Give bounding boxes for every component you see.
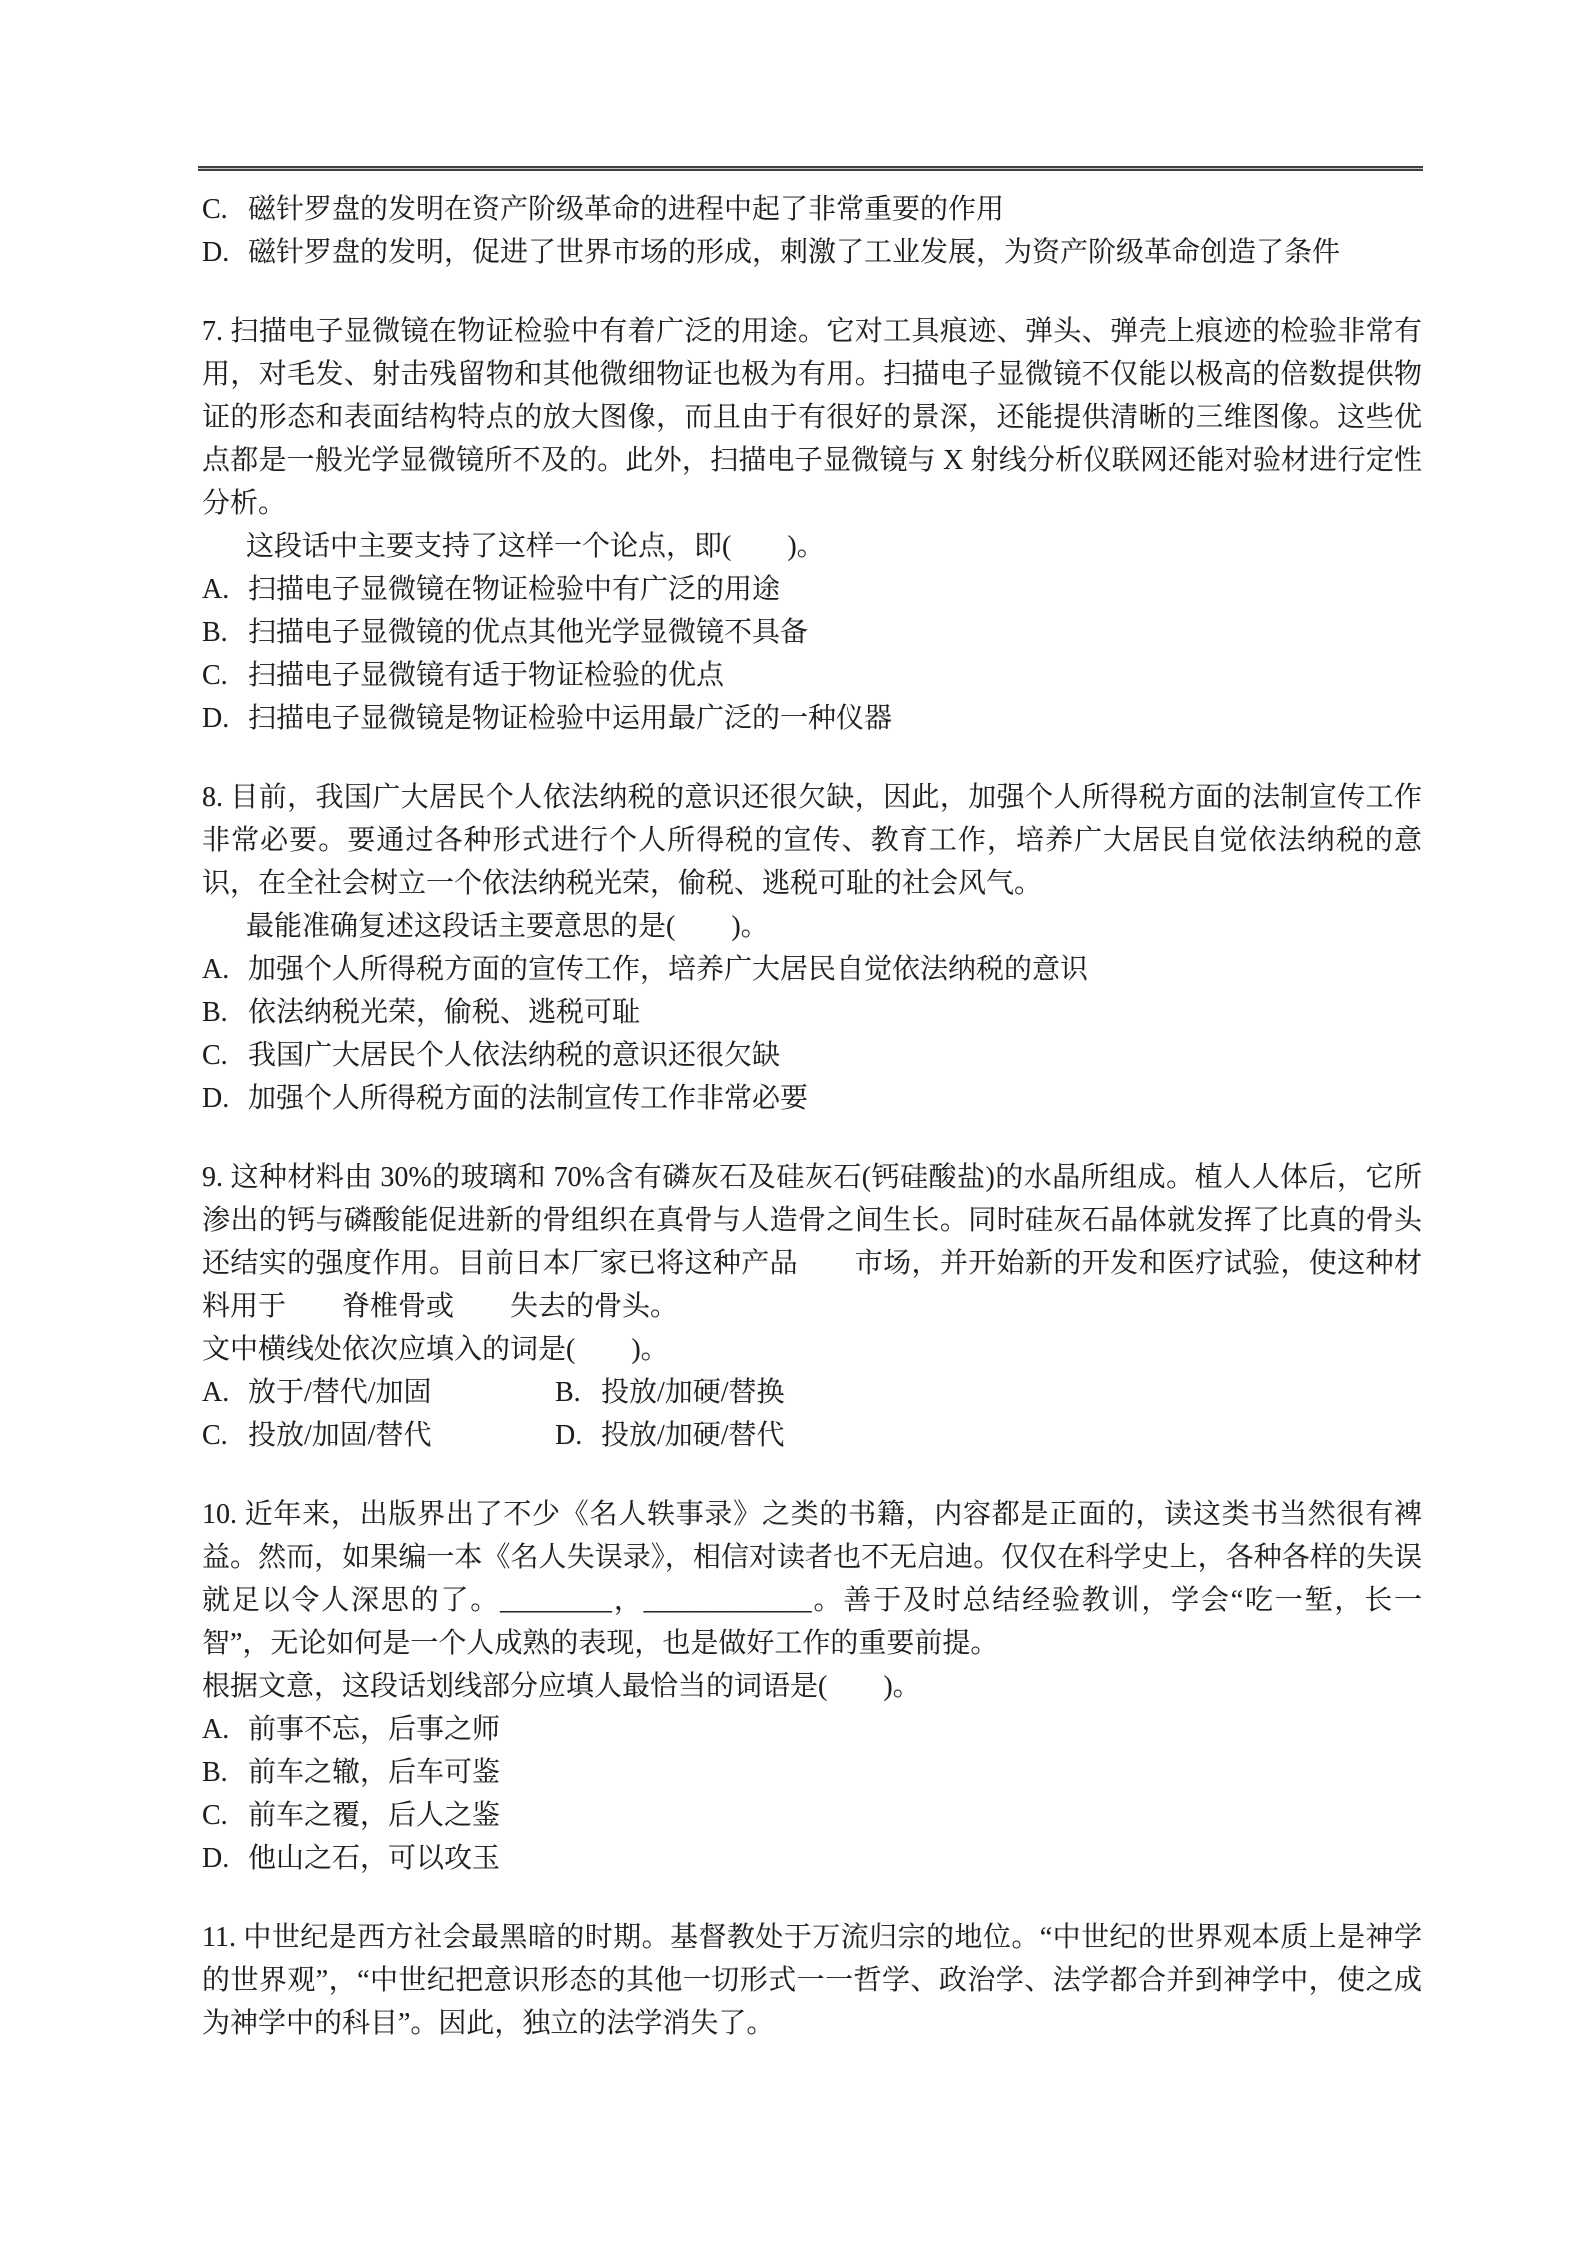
- question-7-option-c: C. 扫描电子显微镜有适于物证检验的优点: [202, 654, 1422, 697]
- option-label: C.: [202, 654, 248, 697]
- option-text: 扫描电子显微镜在物证检验中有广泛的用途: [248, 568, 780, 611]
- option-label: A.: [202, 568, 248, 611]
- question-9-prompt: 文中横线处依次应填入的词是( )。: [202, 1328, 1422, 1371]
- option-label: B.: [202, 991, 248, 1034]
- option-label: A.: [202, 1708, 248, 1751]
- question-8-body: 8. 目前，我国广大居民个人依法纳税的意识还很欠缺，因此，加强个人所得税方面的法…: [202, 776, 1422, 905]
- question-8-prompt: 最能准确复述这段话主要意思的是( )。: [202, 905, 1422, 948]
- option-label: C.: [202, 1414, 248, 1457]
- option-text: 投放/加硬/替代: [601, 1414, 785, 1457]
- question-8-option-a: A. 加强个人所得税方面的宣传工作，培养广大居民自觉依法纳税的意识: [202, 948, 1422, 991]
- option-label: C.: [202, 1794, 248, 1837]
- question-9-option-c: C. 投放/加固/替代: [202, 1414, 555, 1457]
- option-text: 磁针罗盘的发明，促进了世界市场的形成，刺激了工业发展，为资产阶级革命创造了条件: [248, 231, 1340, 274]
- option-label: C.: [202, 188, 248, 231]
- question-8-option-d: D. 加强个人所得税方面的法制宣传工作非常必要: [202, 1077, 1422, 1120]
- question-10-option-d: D. 他山之石，可以攻玉: [202, 1837, 1422, 1880]
- option-label: D.: [202, 231, 248, 274]
- question-8: 8. 目前，我国广大居民个人依法纳税的意识还很欠缺，因此，加强个人所得税方面的法…: [202, 776, 1422, 1120]
- question-10-body: 10. 近年来，出版界出了不少《名人轶事录》之类的书籍，内容都是正面的，读这类书…: [202, 1493, 1422, 1665]
- prev-question-option-c: C. 磁针罗盘的发明在资产阶级革命的进程中起了非常重要的作用: [202, 188, 1422, 231]
- option-text: 前事不忘，后事之师: [248, 1708, 500, 1751]
- question-9: 9. 这种材料由 30%的玻璃和 70%含有磷灰石及硅灰石(钙硅酸盐)的水晶所组…: [202, 1156, 1422, 1457]
- question-9-body: 9. 这种材料由 30%的玻璃和 70%含有磷灰石及硅灰石(钙硅酸盐)的水晶所组…: [202, 1156, 1422, 1328]
- question-11-body: 11. 中世纪是西方社会最黑暗的时期。基督教处于万流归宗的地位。“中世纪的世界观…: [202, 1916, 1422, 2045]
- option-text: 投放/加固/替代: [248, 1414, 432, 1457]
- question-9-option-a: A. 放于/替代/加固: [202, 1371, 555, 1414]
- option-text: 我国广大居民个人依法纳税的意识还很欠缺: [248, 1034, 780, 1077]
- option-text: 加强个人所得税方面的宣传工作，培养广大居民自觉依法纳税的意识: [248, 948, 1088, 991]
- question-10-prompt: 根据文意，这段话划线部分应填人最恰当的词语是( )。: [202, 1665, 1422, 1708]
- option-text: 依法纳税光荣，偷税、逃税可耻: [248, 991, 640, 1034]
- question-11: 11. 中世纪是西方社会最黑暗的时期。基督教处于万流归宗的地位。“中世纪的世界观…: [202, 1916, 1422, 2045]
- question-10-option-c: C. 前车之覆，后人之鉴: [202, 1794, 1422, 1837]
- option-label: A.: [202, 948, 248, 991]
- question-10: 10. 近年来，出版界出了不少《名人轶事录》之类的书籍，内容都是正面的，读这类书…: [202, 1493, 1422, 1880]
- question-7-option-d: D. 扫描电子显微镜是物证检验中运用最广泛的一种仪器: [202, 697, 1422, 740]
- prev-question-option-d: D. 磁针罗盘的发明，促进了世界市场的形成，刺激了工业发展，为资产阶级革命创造了…: [202, 231, 1422, 274]
- question-7: 7. 扫描电子显微镜在物证检验中有着广泛的用途。它对工具痕迹、弹头、弹壳上痕迹的…: [202, 310, 1422, 740]
- option-label: B.: [202, 1751, 248, 1794]
- option-label: D.: [202, 697, 248, 740]
- option-text: 扫描电子显微镜是物证检验中运用最广泛的一种仪器: [248, 697, 892, 740]
- option-text: 前车之辙，后车可鉴: [248, 1751, 500, 1794]
- question-8-option-b: B. 依法纳税光荣，偷税、逃税可耻: [202, 991, 1422, 1034]
- option-text: 放于/替代/加固: [248, 1371, 432, 1414]
- question-9-option-b: B. 投放/加硬/替换: [555, 1371, 785, 1414]
- option-text: 投放/加硬/替换: [601, 1371, 785, 1414]
- question-10-option-b: B. 前车之辙，后车可鉴: [202, 1751, 1422, 1794]
- prev-question-options: C. 磁针罗盘的发明在资产阶级革命的进程中起了非常重要的作用 D. 磁针罗盘的发…: [202, 188, 1422, 274]
- option-label: A.: [202, 1371, 248, 1414]
- option-label: B.: [202, 611, 248, 654]
- option-label: B.: [555, 1371, 601, 1414]
- question-7-body: 7. 扫描电子显微镜在物证检验中有着广泛的用途。它对工具痕迹、弹头、弹壳上痕迹的…: [202, 310, 1422, 525]
- option-label: C.: [202, 1034, 248, 1077]
- question-7-option-a: A. 扫描电子显微镜在物证检验中有广泛的用途: [202, 568, 1422, 611]
- option-label: D.: [202, 1077, 248, 1120]
- exam-page-content: C. 磁针罗盘的发明在资产阶级革命的进程中起了非常重要的作用 D. 磁针罗盘的发…: [0, 171, 1594, 2045]
- option-text: 他山之石，可以攻玉: [248, 1837, 500, 1880]
- option-label: D.: [202, 1837, 248, 1880]
- option-text: 加强个人所得税方面的法制宣传工作非常必要: [248, 1077, 808, 1120]
- question-8-option-c: C. 我国广大居民个人依法纳税的意识还很欠缺: [202, 1034, 1422, 1077]
- question-7-option-b: B. 扫描电子显微镜的优点其他光学显微镜不具备: [202, 611, 1422, 654]
- question-10-option-a: A. 前事不忘，后事之师: [202, 1708, 1422, 1751]
- option-text: 扫描电子显微镜的优点其他光学显微镜不具备: [248, 611, 808, 654]
- question-7-prompt: 这段话中主要支持了这样一个论点，即( )。: [202, 525, 1422, 568]
- option-text: 磁针罗盘的发明在资产阶级革命的进程中起了非常重要的作用: [248, 188, 1004, 231]
- option-text: 前车之覆，后人之鉴: [248, 1794, 500, 1837]
- option-text: 扫描电子显微镜有适于物证检验的优点: [248, 654, 724, 697]
- question-9-options-row-1: A. 放于/替代/加固 B. 投放/加硬/替换: [202, 1371, 1422, 1414]
- option-label: D.: [555, 1414, 601, 1457]
- question-9-options-row-2: C. 投放/加固/替代 D. 投放/加硬/替代: [202, 1414, 1422, 1457]
- question-9-option-d: D. 投放/加硬/替代: [555, 1414, 785, 1457]
